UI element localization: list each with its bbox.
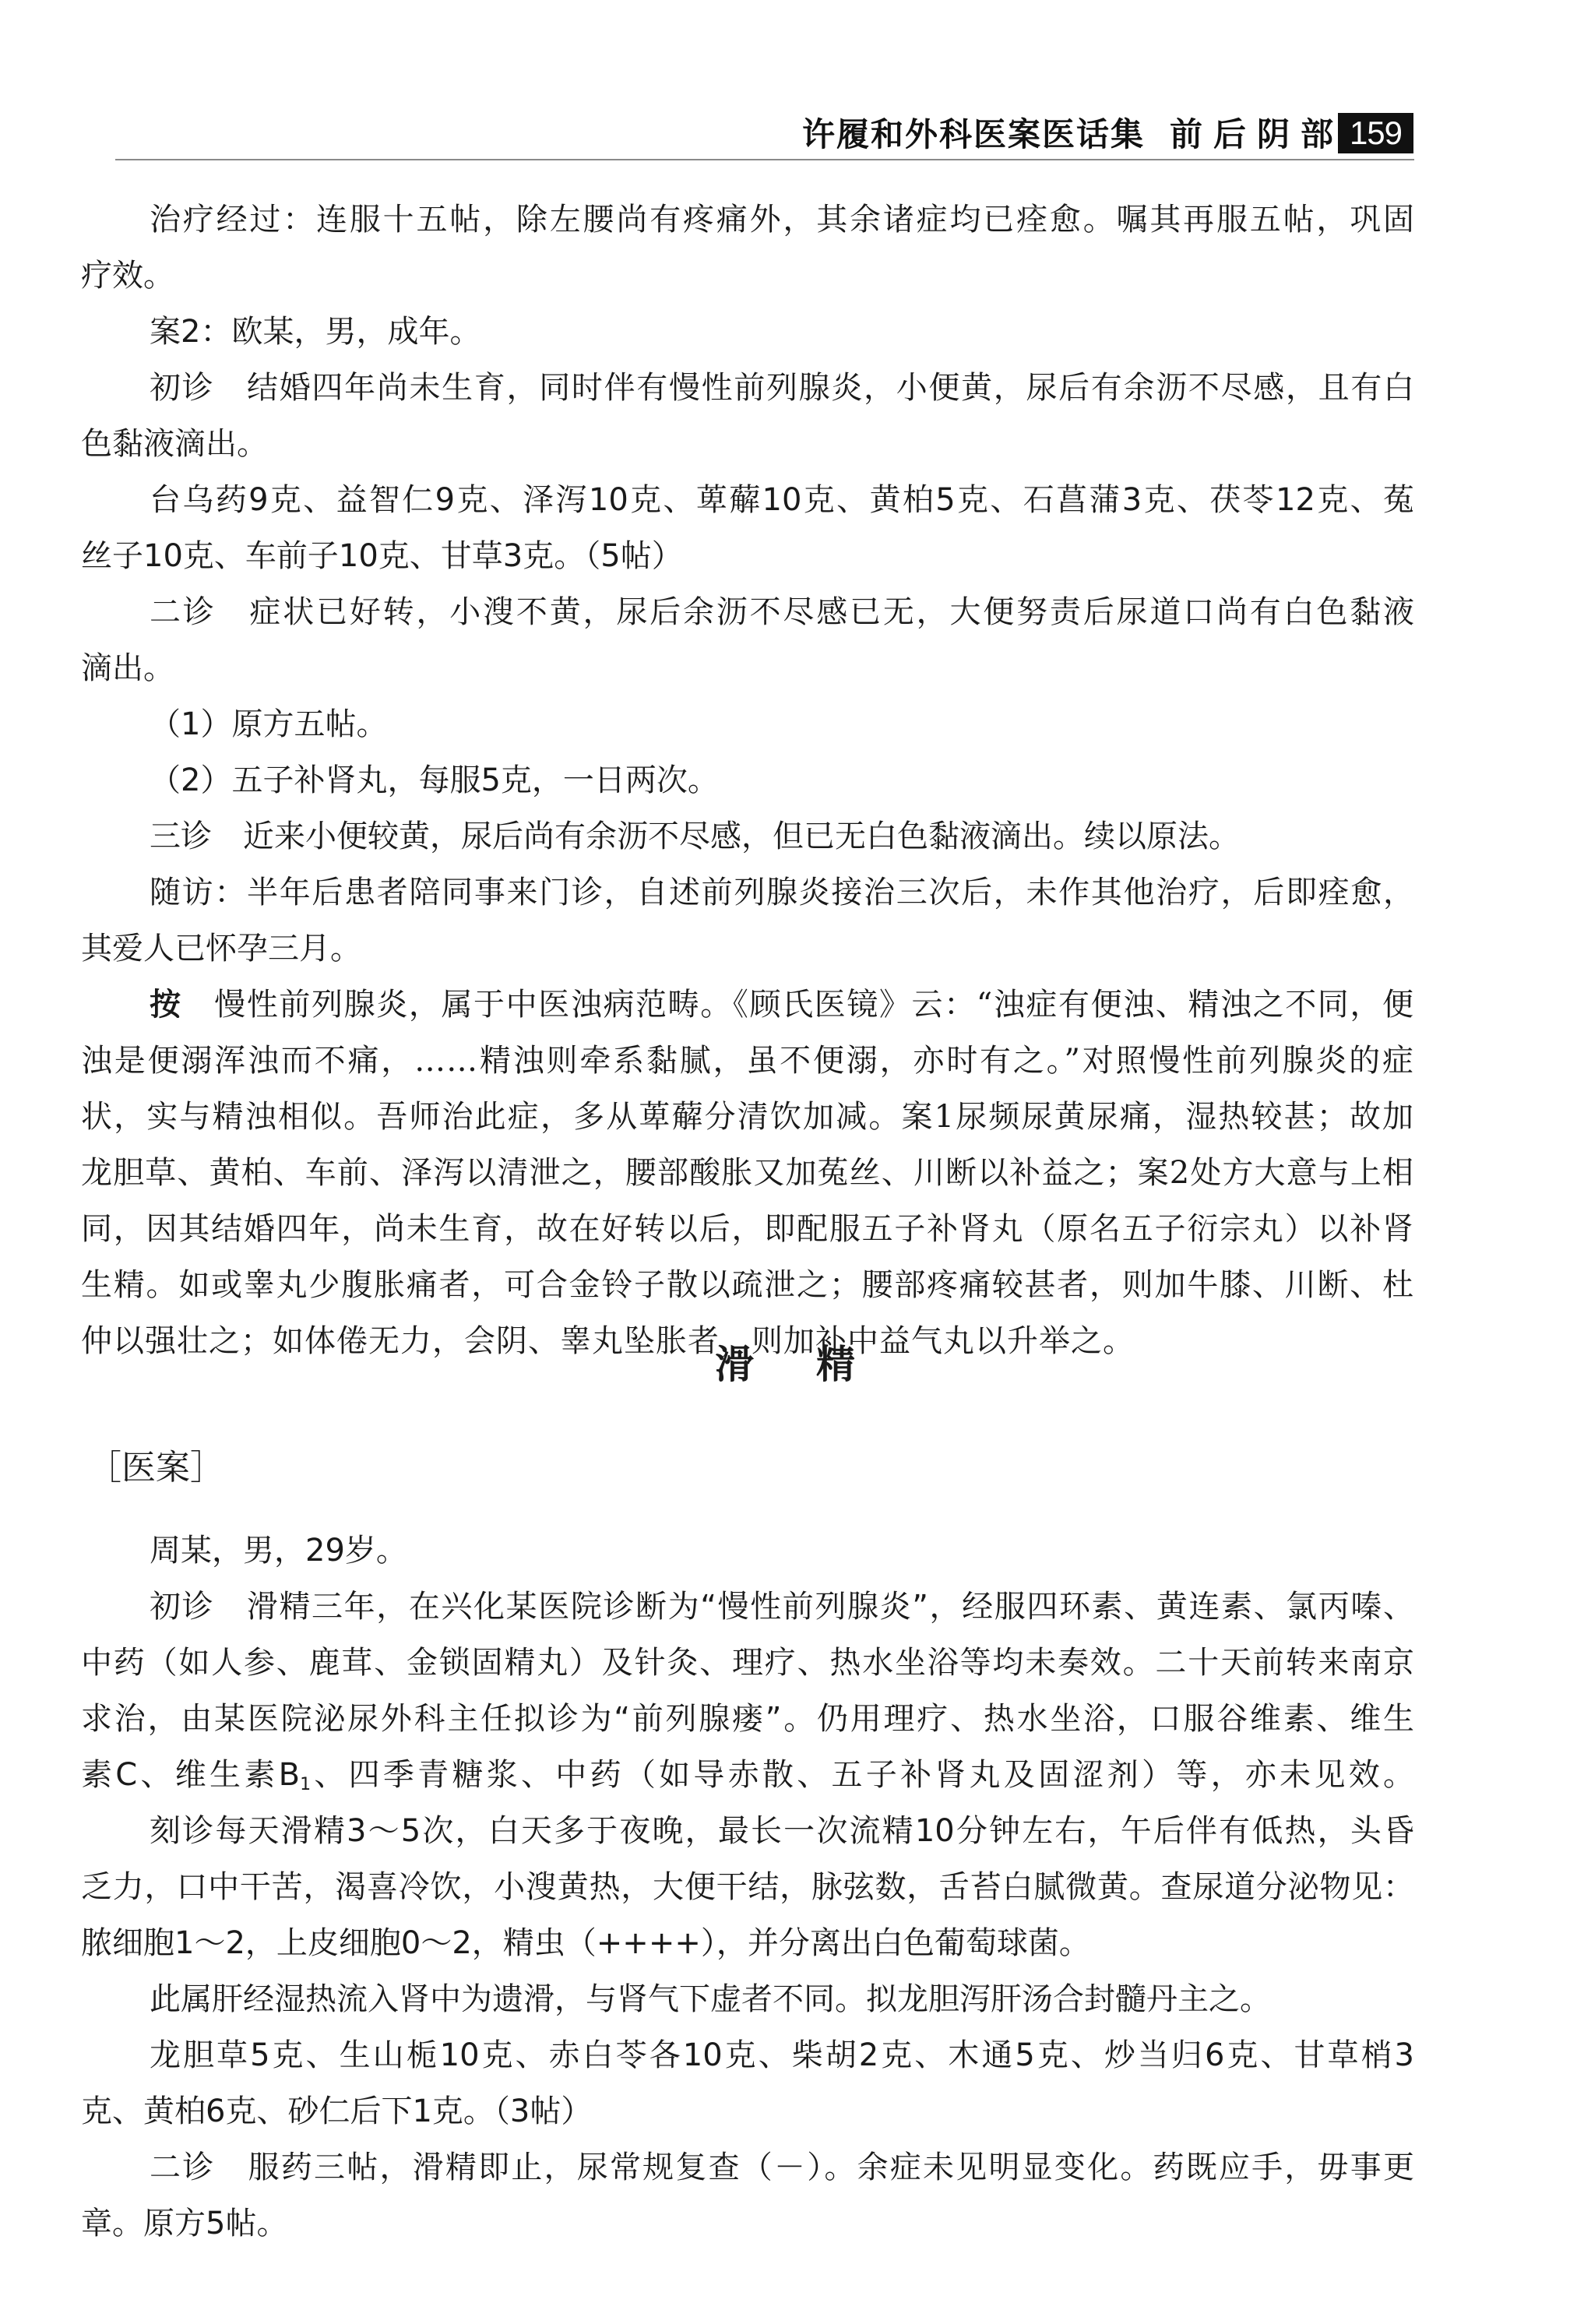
page-number: 159 (1338, 113, 1413, 153)
text-line: 疗效。 (81, 248, 1414, 304)
subscript: 1 (300, 1775, 311, 1794)
text-line: 同，因其结婚四年，尚未生育，故在好转以后，即配服五子补肾丸（原名五子衍宗丸）以补… (81, 1201, 1414, 1257)
text-line: 三诊 近来小便较黄，尿后尚有余沥不尽感，但已无白色黏液滴出。续以原法。 (81, 808, 1414, 864)
case-continuation: 治疗经过：连服十五帖，除左腰尚有疼痛外，其余诸症均已痊愈。嘱其再服五帖，巩固疗效… (81, 192, 1414, 1369)
text-line: 求治，由某医院泌尿外科主任拟诊为“前列腺瘘”。仍用理疗、热水坐浴，口服谷维素、维… (81, 1691, 1414, 1747)
text-line: 治疗经过：连服十五帖，除左腰尚有疼痛外，其余诸症均已痊愈。嘱其再服五帖，巩固 (81, 192, 1414, 248)
text-line: 丝子10克、车前子10克、甘草3克。（5帖） (81, 528, 1414, 584)
chapter-section: 前后阴部 (1170, 115, 1344, 153)
text-line: 状，实与精浊相似。吾师治此症，多从萆薢分清饮加减。案1尿频尿黄尿痛，湿热较甚；故… (81, 1089, 1414, 1145)
subsection-title: ［医案］ (87, 1439, 224, 1489)
running-header: 许履和外科医案医话集前后阴部 159 (0, 0, 1570, 179)
text-line: 滴出。 (81, 640, 1414, 696)
text-line: 其爱人已怀孕三月。 (81, 921, 1414, 977)
text-line: 案2：欧某，男，成年。 (81, 304, 1414, 360)
text-line: （2）五子补肾丸，每服5克，一日两次。 (81, 752, 1414, 808)
text-line: 色黏液滴出。 (81, 416, 1414, 472)
text-line: 台乌药9克、益智仁9克、泽泻10克、萆薢10克、黄柏5克、石菖蒲3克、茯苓12克… (81, 472, 1414, 528)
text-line: 二诊 服药三帖，滑精即止，尿常规复查（－）。余症未见明显变化。药既应手，毋事更 (81, 2139, 1414, 2195)
text-line: 浊是便溺浑浊而不痛，……精浊则牵系黏腻，虽不便溺，亦时有之。”对照慢性前列腺炎的… (81, 1033, 1414, 1089)
text-span: 、四季青糖浆、中药（如导赤散、五子补肾丸及固涩剂）等，亦未见效。 (311, 1757, 1414, 1793)
text-span: 素C、维生素B (81, 1757, 300, 1793)
text-line: 克、黄柏6克、砂仁后下1克。（3帖） (81, 2083, 1414, 2139)
section-title: 滑精 (0, 1333, 1570, 1389)
text-line: 刻诊每天滑精3～5次，白天多于夜晚，最长一次流精10分钟左右，午后伴有低热，头昏 (81, 1803, 1414, 1859)
commentary-lines: 浊是便溺浑浊而不痛，……精浊则牵系黏腻，虽不便溺，亦时有之。”对照慢性前列腺炎的… (81, 1033, 1414, 1369)
text-line: 初诊 结婚四年尚未生育，同时伴有慢性前列腺炎，小便黄，尿后有余沥不尽感，且有白 (81, 360, 1414, 416)
text-line: 周某，男，29岁。 (81, 1523, 1414, 1579)
case-lines-a: 周某，男，29岁。初诊 滑精三年，在兴化某医院诊断为“慢性前列腺炎”，经服四环素… (81, 1523, 1414, 1747)
text-line: 初诊 滑精三年，在兴化某医院诊断为“慢性前列腺炎”，经服四环素、黄连素、氯丙嗪、 (81, 1579, 1414, 1635)
commentary-first-text: 慢性前列腺炎，属于中医浊病范畴。《顾氏医镜》云：“浊症有便浊、精浊之不同，便 (182, 987, 1414, 1023)
text-line: 龙胆草、黄柏、车前、泽泻以清泄之，腰部酸胀又加菟丝、川断以补益之；案2处方大意与… (81, 1145, 1414, 1201)
case-lines-b: 刻诊每天滑精3～5次，白天多于夜晚，最长一次流精10分钟左右，午后伴有低热，头昏… (81, 1803, 1414, 2252)
text-line: 生精。如或睾丸少腹胀痛者，可合金铃子散以疏泄之；腰部疼痛较甚者，则加牛膝、川断、… (81, 1257, 1414, 1313)
book-title: 许履和外科医案医话集 (802, 115, 1145, 153)
text-line: 二诊 症状已好转，小溲不黄，尿后余沥不尽感已无，大便努责后尿道口尚有白色黏液 (81, 584, 1414, 640)
text-line: 此属肝经湿热流入肾中为遗滑，与肾气下虚者不同。拟龙胆泻肝汤合封髓丹主之。 (81, 1971, 1414, 2027)
text-line: 章。原方5帖。 (81, 2195, 1414, 2252)
commentary-first-line: 按 慢性前列腺炎，属于中医浊病范畴。《顾氏医镜》云：“浊症有便浊、精浊之不同，便 (81, 977, 1414, 1033)
text-line: 中药（如人参、鹿茸、金锁固精丸）及针灸、理疗、热水坐浴等均未奏效。二十天前转来南… (81, 1635, 1414, 1691)
text-line: 乏力，口中干苦，渴喜冷饮，小溲黄热，大便干结，脉弦数，舌苔白腻微黄。查尿道分泌物… (81, 1859, 1414, 1915)
header-divider (115, 159, 1414, 160)
text-line: （1）原方五帖。 (81, 696, 1414, 752)
text-line: 龙胆草5克、生山栀10克、赤白苓各10克、柴胡2克、木通5克、炒当归6克、甘草梢… (81, 2027, 1414, 2083)
vitamin-line: 素C、维生素B1、四季青糖浆、中药（如导赤散、五子补肾丸及固涩剂）等，亦未见效。 (81, 1747, 1414, 1803)
case-text-part2: 周某，男，29岁。初诊 滑精三年，在兴化某医院诊断为“慢性前列腺炎”，经服四环素… (81, 1523, 1414, 2252)
text-line: 脓细胞1～2，上皮细胞0～2，精虫（++++），并分离出白色葡萄球菌。 (81, 1915, 1414, 1971)
commentary-label: 按 (150, 986, 182, 1023)
text-line: 随访：半年后患者陪同事来门诊，自述前列腺炎接治三次后，未作其他治疗，后即痊愈， (81, 864, 1414, 921)
case-text-part1: 治疗经过：连服十五帖，除左腰尚有疼痛外，其余诸症均已痊愈。嘱其再服五帖，巩固疗效… (81, 192, 1414, 977)
commentary: 按 慢性前列腺炎，属于中医浊病范畴。《顾氏医镜》云：“浊症有便浊、精浊之不同，便… (81, 977, 1414, 1369)
running-header-title: 许履和外科医案医话集前后阴部 (802, 109, 1344, 156)
